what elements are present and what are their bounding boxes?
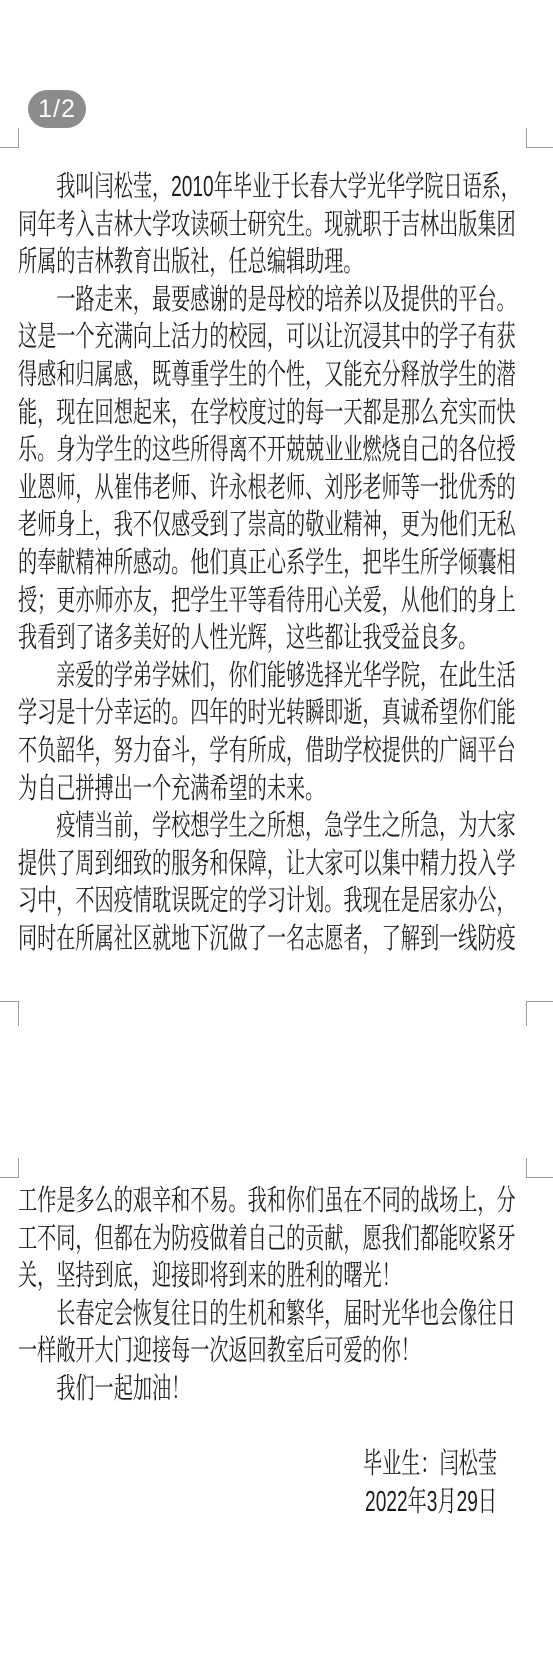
text-line: 这是一个充满向上活力的校园，可以让沉浸其中的学子有获 <box>18 319 356 357</box>
text-line: 长春定会恢复往日的生机和繁华，届时光华也会像往日 <box>18 1296 356 1334</box>
text-line: 亲爱的学弟学妹们，你们能够选择光华学院，在此生活 <box>18 658 356 696</box>
text-line: 我们一起加油！ <box>18 1371 356 1409</box>
page-2-text: 工作是多么的艰辛和不易。我和你们虽在不同的战场上，分工不同，但都在为防疫做着自己… <box>18 1183 530 1521</box>
text-line: 能，现在回想起来，在学校度过的每一天都是那么充实而快 <box>18 395 356 433</box>
signature-line: 2022年3月29日 <box>192 1484 530 1522</box>
page1-bottom-right-boundary-mark <box>526 1001 553 1026</box>
text-line: 我叫闫松莹，2010年毕业于长春大学光华学院日语系， <box>18 169 356 207</box>
text-line: 的奉献精神所感动。他们真正心系学生，把毕生所学倾囊相 <box>18 545 356 583</box>
document-viewer: 1/2 我叫闫松莹，2010年毕业于长春大学光华学院日语系，同年考入吉林大学攻读… <box>0 0 553 1653</box>
signature-line: 毕业生：闫松莹 <box>192 1446 530 1484</box>
page1-top-left-boundary-mark <box>0 128 19 148</box>
text-line: 授；更亦师亦友，把学生平等看待用心关爱，从他们的身上 <box>18 583 356 621</box>
page-indicator-badge: 1/2 <box>28 90 86 128</box>
text-line: 我看到了诸多美好的人性光辉，这些都让我受益良多。 <box>18 620 356 658</box>
text-line <box>18 1409 356 1447</box>
text-line: 疫情当前，学校想学生之所想，急学生之所急，为大家 <box>18 808 356 846</box>
text-line: 同时在所属社区就地下沉做了一名志愿者，了解到一线防疫 <box>18 921 356 959</box>
text-line: 为自己拼搏出一个充满希望的未来。 <box>18 771 356 809</box>
text-line: 习中，不因疫情耽误既定的学习计划。我现在是居家办公， <box>18 883 356 921</box>
page1-bottom-left-boundary-mark <box>0 1001 19 1026</box>
text-line: 一样敞开大门迎接每一次返回教室后可爱的你！ <box>18 1333 356 1371</box>
text-line: 所属的吉林教育出版社，任总编辑助理。 <box>18 244 356 282</box>
text-line: 老师身上，我不仅感受到了崇高的敬业精神，更为他们无私 <box>18 507 356 545</box>
text-line: 业恩师，从崔伟老师、许永根老师、刘彤老师等一批优秀的 <box>18 470 356 508</box>
text-line: 工不同，但都在为防疫做着自己的贡献，愿我们都能咬紧牙 <box>18 1221 356 1259</box>
page2-top-left-boundary-mark <box>0 1158 19 1178</box>
text-line: 关，坚持到底，迎接即将到来的胜利的曙光！ <box>18 1258 356 1296</box>
page1-top-right-boundary-mark <box>526 128 553 148</box>
text-line: 同年考入吉林大学攻读硕士研究生。现就职于吉林出版集团 <box>18 207 356 245</box>
text-line: 一路走来，最要感谢的是母校的培养以及提供的平台。 <box>18 282 356 320</box>
page-1-text: 我叫闫松莹，2010年毕业于长春大学光华学院日语系，同年考入吉林大学攻读硕士研究… <box>18 169 530 958</box>
text-line: 乐。身为学生的这些所得离不开兢兢业业燃烧自己的各位授 <box>18 432 356 470</box>
text-line: 提供了周到细致的服务和保障，让大家可以集中精力投入学 <box>18 846 356 884</box>
text-line: 工作是多么的艰辛和不易。我和你们虽在不同的战场上，分 <box>18 1183 356 1221</box>
page2-top-right-boundary-mark <box>526 1158 553 1178</box>
text-line: 学习是十分幸运的。四年的时光转瞬即逝，真诚希望你们能 <box>18 695 356 733</box>
text-line: 得感和归属感，既尊重学生的个性，又能充分释放学生的潜 <box>18 357 356 395</box>
text-line: 不负韶华，努力奋斗，学有所成，借助学校提供的广阔平台 <box>18 733 356 771</box>
page-indicator-label: 1/2 <box>38 97 76 122</box>
